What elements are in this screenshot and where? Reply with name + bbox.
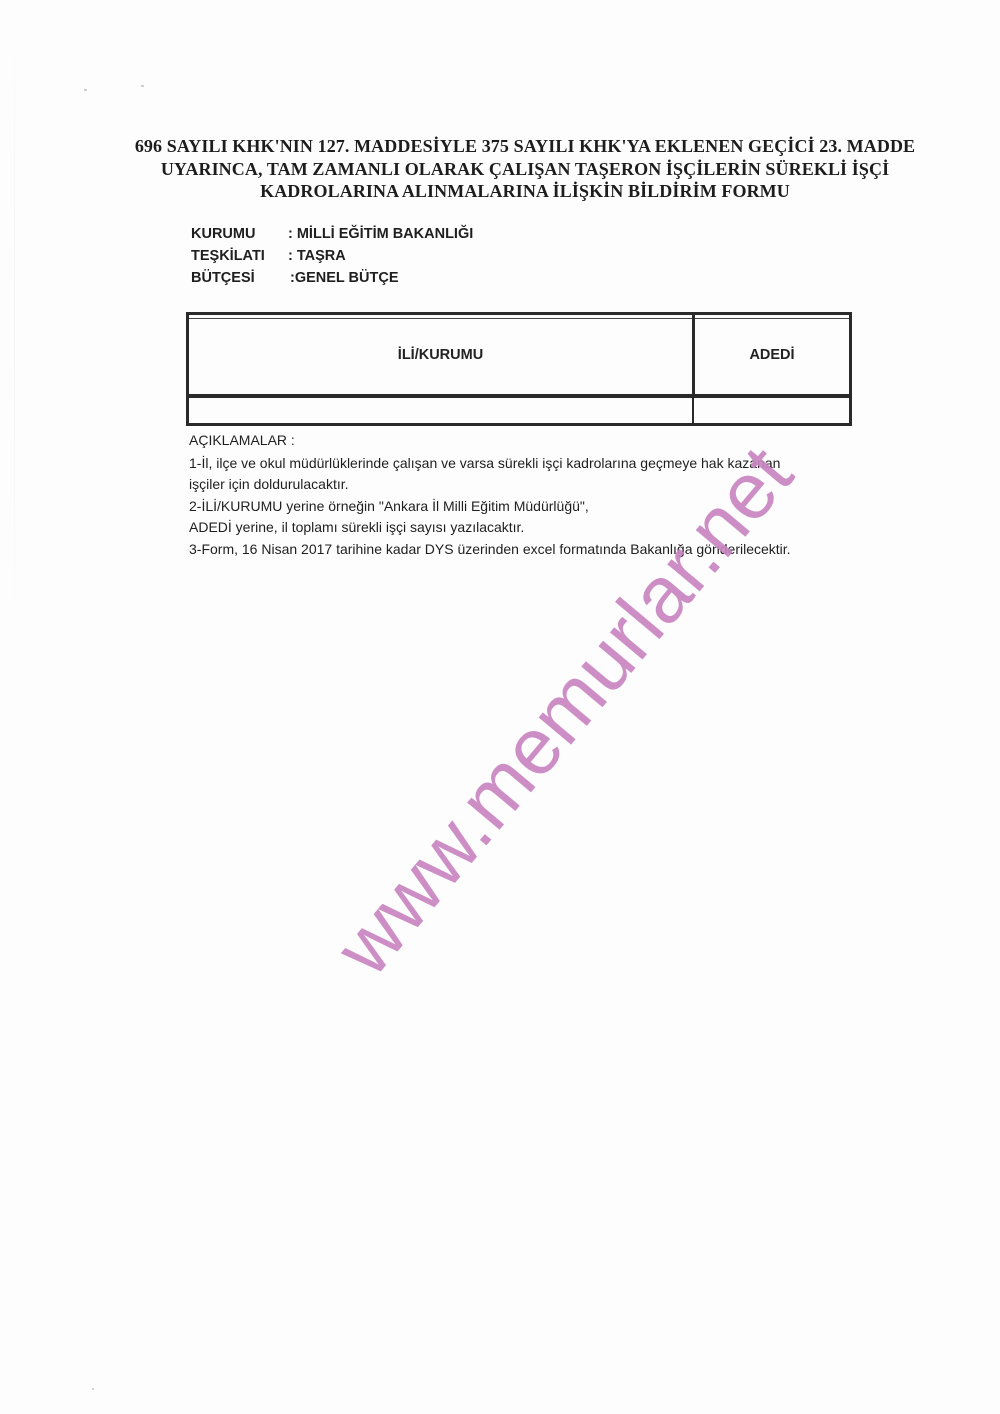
explanations: AÇIKLAMALAR : 1-İl, ilçe ve okul müdürlü… bbox=[189, 430, 791, 560]
explanation-line: 3-Form, 16 Nisan 2017 tarihine kadar DYS… bbox=[189, 539, 791, 561]
table-cell-adedi[interactable] bbox=[695, 398, 849, 423]
explanations-title: AÇIKLAMALAR : bbox=[189, 430, 791, 452]
meta-value: : MİLLİ EĞİTİM BAKANLIĞI bbox=[288, 223, 473, 245]
table-cell-il-kurumu[interactable] bbox=[189, 398, 692, 423]
notification-form-table: İLİ/KURUMU ADEDİ bbox=[186, 312, 852, 426]
meta-row-kurumu: KURUMU : MİLLİ EĞİTİM BAKANLIĞI bbox=[191, 223, 473, 245]
meta-value: : TAŞRA bbox=[288, 245, 346, 267]
title-line: KADROLARINA ALINMALARINA İLİŞKİN BİLDİRİ… bbox=[120, 180, 930, 203]
explanation-line: 1-İl, ilçe ve okul müdürlüklerinde çalış… bbox=[189, 453, 791, 475]
title-line: 696 SAYILI KHK'NIN 127. MADDESİYLE 375 S… bbox=[120, 135, 930, 158]
document-meta: KURUMU : MİLLİ EĞİTİM BAKANLIĞI TEŞKİLAT… bbox=[191, 223, 473, 289]
meta-row-butcesi: BÜTÇESİ :GENEL BÜTÇE bbox=[191, 267, 473, 289]
scan-speck bbox=[84, 89, 87, 91]
scan-speck bbox=[92, 1388, 94, 1390]
document-title: 696 SAYILI KHK'NIN 127. MADDESİYLE 375 S… bbox=[120, 135, 930, 203]
column-header-adedi: ADEDİ bbox=[695, 315, 849, 394]
meta-label: TEŞKİLATI bbox=[191, 245, 288, 267]
scan-edge-shadow bbox=[14, 0, 15, 650]
title-line: UYARINCA, TAM ZAMANLI OLARAK ÇALIŞAN TAŞ… bbox=[120, 158, 930, 181]
column-header-il-kurumu: İLİ/KURUMU bbox=[189, 315, 692, 394]
meta-value: :GENEL BÜTÇE bbox=[290, 267, 399, 289]
meta-label: BÜTÇESİ bbox=[191, 267, 288, 289]
scanned-page: 696 SAYILI KHK'NIN 127. MADDESİYLE 375 S… bbox=[0, 0, 1000, 1414]
meta-label: KURUMU bbox=[191, 223, 288, 245]
explanation-line: 2-İLİ/KURUMU yerine örneğin "Ankara İl M… bbox=[189, 496, 791, 518]
scan-speck bbox=[141, 85, 144, 87]
explanation-line: ADEDİ yerine, il toplamı sürekli işçi sa… bbox=[189, 517, 791, 539]
explanation-line: işçiler için doldurulacaktır. bbox=[189, 474, 791, 496]
meta-row-teskilati: TEŞKİLATI : TAŞRA bbox=[191, 245, 473, 267]
column-divider bbox=[692, 397, 694, 423]
